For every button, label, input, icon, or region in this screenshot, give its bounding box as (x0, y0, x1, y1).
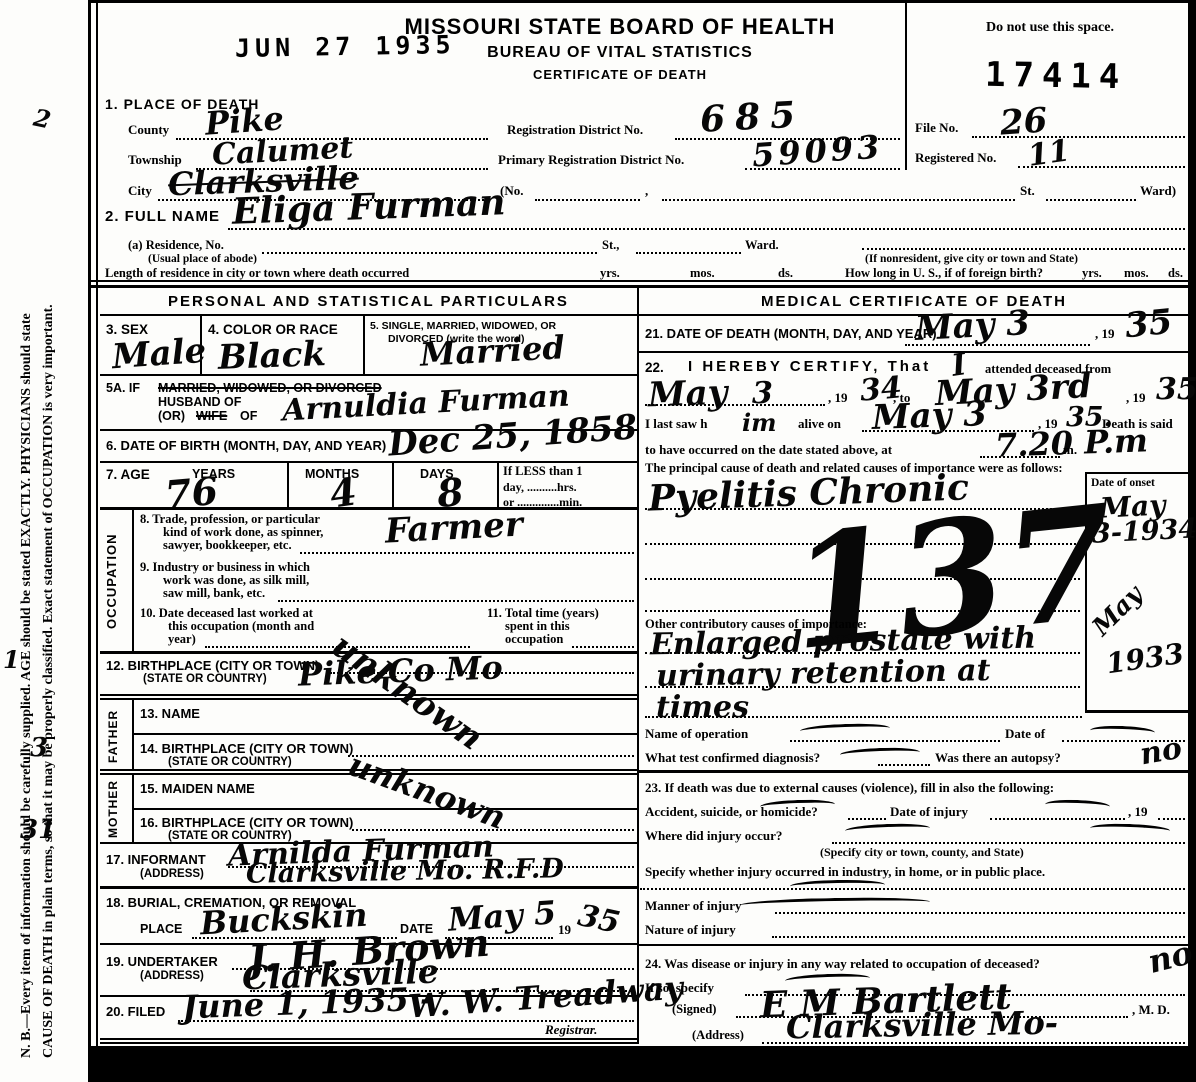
signed-address-label: (Address) (692, 1028, 744, 1043)
registrar-signature: W. W. Treadway (407, 968, 684, 1025)
ward-line (1046, 199, 1136, 201)
ink-dash (845, 823, 930, 837)
contributory-line-1 (645, 652, 1080, 654)
section-divider-rule1 (88, 280, 1188, 282)
mos2-label: mos. (1124, 266, 1149, 281)
street-line (662, 199, 1015, 201)
county-label: County (128, 122, 169, 138)
informant-rule (100, 886, 637, 889)
age-divider-3 (497, 461, 499, 507)
form-subtitle: BUREAU OF VITAL STATISTICS (340, 44, 900, 62)
maiden-name-label: 15. MAIDEN NAME (140, 781, 255, 796)
medical-heading-rule (637, 314, 1188, 316)
age-label: 7. AGE (106, 467, 150, 482)
ink-dash (800, 722, 890, 736)
city-no-line (535, 199, 640, 201)
operation-date-label: Date of (1005, 726, 1045, 742)
item23-label: 23. If death was due to external causes … (645, 780, 1054, 796)
birthplace-state-label: (STATE OR COUNTRY) (143, 673, 267, 685)
mother-name-value: unknown (343, 745, 510, 837)
do-not-use-box-border (905, 0, 907, 170)
onset-box-bottom (1085, 710, 1188, 713)
residence-st-line (636, 252, 741, 254)
sex-value: Male (111, 331, 208, 377)
father-strip-divider (132, 699, 134, 771)
wife-struck-label: WIFE (196, 409, 227, 423)
father-birthplace-label: 14. BIRTHPLACE (CITY OR TOWN) (140, 741, 353, 756)
attended-from-19: , 19 (828, 390, 848, 406)
filed-rule-2 (100, 1042, 637, 1044)
manner-line (775, 912, 1185, 914)
city-comma: , (645, 183, 648, 199)
where-injury-label: Where did injury occur? (645, 828, 782, 844)
form-left-border-inner (96, 0, 98, 1046)
primary-district-label: Primary Registration District No. (498, 152, 684, 168)
alive-on-label: alive on (798, 416, 841, 432)
maiden-name-rule (132, 808, 637, 810)
burial-place-label: PLACE (140, 922, 182, 936)
injury-date-label: Date of injury (890, 804, 968, 820)
injury-rule (637, 944, 1188, 946)
age-divider-1 (287, 461, 289, 507)
margin-note-line2: CAUSE OF DEATH in plain terms, so that i… (38, 28, 60, 1058)
length-residence-label: Length of residence in city or town wher… (105, 266, 409, 281)
less-than-label-2: day, ..........hrs. (503, 480, 577, 495)
item24-label: 24. Was disease or injury in any way rel… (645, 956, 1040, 972)
operation-line (790, 740, 1000, 742)
mother-birthplace-label: 16. BIRTHPLACE (CITY OR TOWN) (140, 815, 353, 830)
nonresident-label: (If nonresident, give city or town and S… (865, 253, 1078, 265)
dob-label: 6. DATE OF BIRTH (MONTH, DAY, AND YEAR) (106, 438, 386, 453)
last-saw-label: I last saw h (645, 416, 708, 432)
accident-line (848, 818, 886, 820)
date-of-death-value: May 3 (914, 303, 1031, 349)
registered-no-label: Registered No. (915, 150, 996, 166)
informant-label: 17. INFORMANT (106, 852, 206, 867)
contributory-line-2 (645, 686, 1080, 688)
birthplace-label: 12. BIRTHPLACE (CITY OR TOWN) (106, 658, 319, 673)
registration-district-label: Registration District No. (507, 122, 643, 138)
item9-label-3: saw mill, bank, etc. (163, 586, 265, 601)
item21-rule (637, 351, 1188, 353)
personal-heading: PERSONAL AND STATISTICAL PARTICULARS (100, 293, 637, 310)
father-name-rule (132, 733, 637, 735)
injury-19-line (1158, 818, 1185, 820)
residence-label: (a) Residence, No. (128, 238, 224, 253)
date-of-death-year: 35 (1123, 302, 1174, 347)
less-than-label-1: If LESS than 1 (503, 464, 583, 479)
form-left-border-outer (88, 0, 91, 1046)
nature-label: Nature of injury (645, 922, 736, 938)
or-label: (OR) (158, 409, 185, 423)
attended-from-month: May (647, 373, 728, 416)
nature-line (772, 936, 1185, 938)
margin-pencil-mark: 1 (3, 645, 20, 674)
medical-heading: MEDICAL CERTIFICATE OF DEATH (640, 293, 1188, 310)
death-certificate-scan: N. B.—Every item of information should b… (0, 0, 1196, 1082)
injury-extra-line (640, 888, 1185, 890)
nonresident-line (862, 248, 1185, 250)
date-of-death-19: , 19 (1095, 326, 1115, 342)
autopsy-label: Was there an autopsy? (935, 750, 1061, 766)
marital-value: Married (419, 328, 566, 374)
manner-label: Manner of injury (645, 898, 742, 914)
abode-label: (Usual place of abode) (148, 253, 257, 265)
of-label: OF (240, 409, 257, 423)
residence-ward-label: Ward. (745, 238, 779, 253)
yrs2-label: yrs. (1082, 266, 1102, 281)
ds2-label: ds. (1168, 266, 1183, 281)
dob-rule (100, 461, 637, 463)
margin-pencil-mark: 31 (20, 815, 56, 845)
autopsy-rule (637, 770, 1188, 773)
full-name-label: 2. FULL NAME (105, 208, 220, 225)
item5a-prefix: 5A. IF (106, 381, 140, 395)
birthplace-rule-2 (100, 698, 637, 700)
signed-label: (Signed) (672, 1002, 716, 1017)
item10-label-3: year) (168, 632, 196, 647)
birthplace-rule-1 (100, 694, 637, 696)
date-of-death-label: 21. DATE OF DEATH (MONTH, DAY, AND YEAR) (645, 326, 937, 341)
last-saw-value: May 3 (871, 394, 987, 438)
personal-heading-rule (100, 314, 637, 316)
autopsy-value: no (1137, 731, 1184, 773)
item11-label-3: occupation (505, 632, 563, 647)
mother-vertical-label: MOTHER (106, 778, 120, 840)
father-name-label: 13. NAME (140, 706, 200, 721)
injury-date-line (990, 818, 1125, 820)
occupation-vertical-label: OCCUPATION (104, 516, 119, 646)
registered-no-value: 11 (1026, 133, 1072, 173)
physician-address: Clarksville Mo- (786, 1004, 1059, 1047)
occupation-value: Farmer (384, 504, 524, 551)
ink-dash (840, 747, 920, 761)
street-label: St. (1020, 183, 1035, 199)
color-marital-divider (363, 316, 365, 374)
form-subtitle2: CERTIFICATE OF DEATH (340, 67, 900, 82)
color-race-value: Black (217, 334, 326, 378)
burial-year-value: 35 (575, 898, 623, 941)
item11-line (572, 646, 634, 648)
informant-address-label: (ADDRESS) (140, 868, 204, 880)
ink-dash (1090, 823, 1170, 837)
howlong-label: How long in U. S., if of foreign birth? (845, 266, 1043, 281)
do-not-use-note: Do not use this space. (920, 20, 1180, 36)
full-name-line (228, 228, 1185, 230)
test-line (878, 764, 930, 766)
form-title: MISSOURI STATE BOARD OF HEALTH (340, 14, 900, 40)
specify-whether-label: Specify whether injury occurred in indus… (645, 864, 1045, 880)
attended-to-year: 35 (1156, 372, 1196, 407)
mos-label: mos. (690, 266, 715, 281)
specify-city-label: (Specify city or town, county, and State… (820, 845, 1024, 860)
burial-year-19: 19 (558, 922, 571, 938)
ink-dash (1045, 799, 1110, 812)
registrar-label: Registrar. (545, 1022, 597, 1038)
undertaker-label: 19. UNDERTAKER (106, 954, 218, 969)
contributory-line-3 (645, 716, 1082, 718)
item8-label-3: sawyer, bookkeeper, etc. (163, 538, 292, 553)
age-rule (100, 507, 637, 510)
where-injury-line (832, 842, 1185, 844)
father-state-label: (STATE OR COUNTRY) (168, 756, 292, 768)
md-label: , M. D. (1132, 1002, 1170, 1018)
ds-label: ds. (778, 266, 793, 281)
scan-bottom-bar (88, 1046, 1196, 1082)
margin-note: N. B.—Every item of information should b… (16, 28, 60, 1058)
operation-label: Name of operation (645, 726, 748, 742)
attended-from-line (645, 404, 825, 406)
margin-pencil-mark: 3 (30, 733, 48, 763)
last-saw-him: im (742, 408, 777, 437)
occupation-strip-divider (132, 510, 134, 651)
undertaker-address-label: (ADDRESS) (140, 970, 204, 982)
full-name-value: Eliga Furman (231, 181, 506, 233)
husband-of-label: HUSBAND OF (158, 395, 241, 409)
contributory-value-3: times (656, 690, 749, 725)
ward-label: Ward) (1140, 183, 1176, 199)
informant-address-value: Clarksville Mo. R.F.D (246, 853, 564, 890)
ink-dash (740, 896, 930, 910)
filed-rule-1 (100, 1038, 637, 1040)
margin-note-line1: N. B.—Every item of information should b… (16, 28, 38, 1058)
if-so-label: If so, specify (645, 980, 714, 996)
age-divider-2 (392, 461, 394, 507)
attended-to-19: , 19 (1126, 390, 1146, 406)
city-label: City (128, 183, 152, 199)
item9-line (278, 600, 634, 602)
filed-label: 20. FILED (106, 1004, 165, 1019)
residence-st-label: St., (602, 238, 619, 253)
injury-19: , 19 (1128, 804, 1148, 820)
item22-number: 22. (645, 360, 664, 375)
test-label: What test confirmed diagnosis? (645, 750, 820, 766)
residence-line (262, 252, 597, 254)
file-no-label: File No. (915, 120, 958, 136)
row345-rule (100, 374, 637, 376)
father-vertical-label: FATHER (106, 703, 120, 769)
column-divider (637, 288, 639, 1044)
occurred-label: to have occurred on the date stated abov… (645, 442, 892, 458)
yrs-label: yrs. (600, 266, 620, 281)
time-m-label: m. (1063, 442, 1077, 458)
form-top-border (88, 0, 1196, 3)
file-number-stamp: 17414 (985, 55, 1128, 97)
ink-dash (760, 799, 835, 813)
item8-line (300, 552, 634, 554)
